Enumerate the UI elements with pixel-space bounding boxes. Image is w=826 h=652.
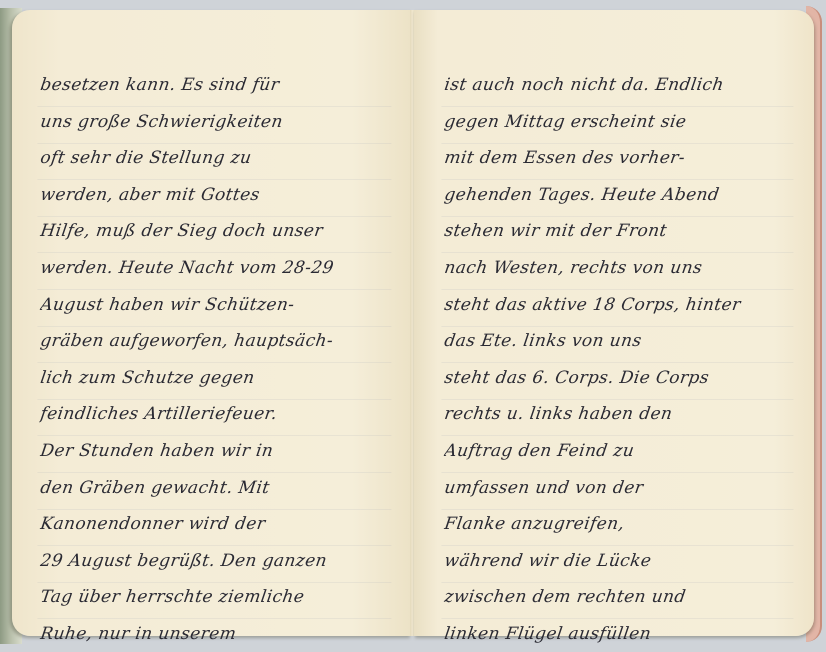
- text-line: das Ete. links von uns: [441, 326, 798, 363]
- text-line: gräben aufgeworfen, hauptsäch-: [37, 326, 396, 363]
- text-line: Flanke anzugreifen,: [441, 509, 798, 546]
- text-line: linken Flügel ausfüllen: [441, 619, 798, 652]
- text-line: steht das aktive 18 Corps, hinter: [441, 290, 798, 327]
- text-line: den Gräben gewacht. Mit: [37, 473, 396, 510]
- text-line: 29 August begrüßt. Den ganzen: [37, 546, 396, 583]
- text-line: besetzen kann. Es sind für: [37, 70, 396, 107]
- text-line: werden, aber mit Gottes: [37, 180, 396, 217]
- text-line: oft sehr die Stellung zu: [37, 143, 396, 180]
- text-line: Kanonendonner wird der: [37, 509, 396, 546]
- text-line: lich zum Schutze gegen: [37, 363, 396, 400]
- text-line: Auftrag den Feind zu: [441, 436, 798, 473]
- text-line: August haben wir Schützen-: [37, 290, 396, 327]
- text-line: gegen Mittag erscheint sie: [441, 107, 798, 144]
- text-line: gehenden Tages. Heute Abend: [441, 180, 798, 217]
- text-line: uns große Schwierigkeiten: [37, 107, 396, 144]
- text-line: steht das 6. Corps. Die Corps: [441, 363, 798, 400]
- text-line: Der Stunden haben wir in: [37, 436, 396, 473]
- text-line: zwischen dem rechten und: [441, 582, 798, 619]
- right-page: ist auch noch nicht da. Endlich gegen Mi…: [414, 10, 814, 636]
- text-line: werden. Heute Nacht vom 28-29: [37, 253, 396, 290]
- text-line: stehen wir mit der Front: [441, 216, 798, 253]
- text-line: umfassen und von der: [441, 473, 798, 510]
- text-line: Hilfe, muß der Sieg doch unser: [37, 216, 396, 253]
- left-page: besetzen kann. Es sind für uns große Sch…: [12, 10, 412, 636]
- right-page-text: ist auch noch nicht da. Endlich gegen Mi…: [444, 70, 796, 652]
- text-line: mit dem Essen des vorher-: [441, 143, 798, 180]
- text-line: Ruhe, nur in unserem: [37, 619, 396, 652]
- text-line: feindliches Artilleriefeuer.: [37, 399, 396, 436]
- text-line: ist auch noch nicht da. Endlich: [441, 70, 798, 107]
- text-line: rechts u. links haben den: [441, 399, 798, 436]
- text-line: Tag über herrschte ziemliche: [37, 582, 396, 619]
- text-line: nach Westen, rechts von uns: [441, 253, 798, 290]
- text-line: während wir die Lücke: [441, 546, 798, 583]
- left-page-text: besetzen kann. Es sind für uns große Sch…: [40, 70, 394, 652]
- open-notebook: besetzen kann. Es sind für uns große Sch…: [0, 0, 826, 652]
